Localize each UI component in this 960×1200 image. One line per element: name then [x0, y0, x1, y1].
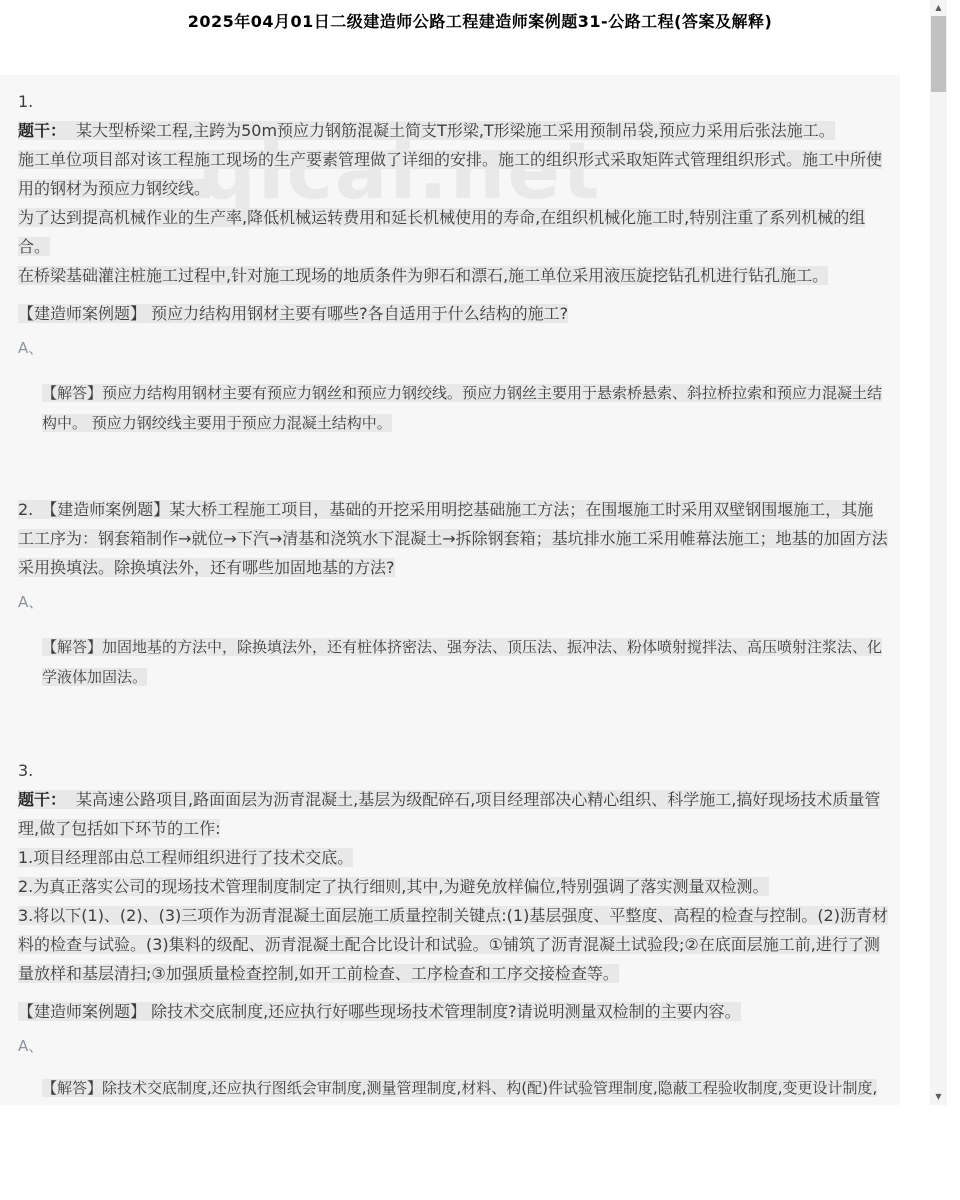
scroll-down-icon: ▼	[935, 1093, 941, 1101]
question-1-paragraph: 在桥梁基础灌注桩施工过程中,针对施工现场的地质条件为卵石和漂石,施工单位采用液压…	[18, 261, 888, 290]
stem-text: 某大型桥梁工程,主跨为50m预应力钢筋混凝土简支T形梁,T形梁施工采用预制吊袋,…	[76, 121, 835, 140]
question-1-option-a: A、	[18, 334, 888, 363]
question-1-answer: 【解答】预应力结构用钢材主要有预应力钢丝和预应力钢绞线。预应力钢丝主要用于悬索桥…	[18, 378, 888, 438]
question-1-number: 1.	[18, 87, 888, 116]
question-1: 1. 题干：某大型桥梁工程,主跨为50m预应力钢筋混凝土简支T形梁,T形梁施工采…	[18, 87, 888, 438]
question-2-option-a: A、	[18, 588, 888, 617]
question-3-option-a: A、	[18, 1032, 888, 1061]
question-1-paragraph: 施工单位项目部对该工程施工现场的生产要素管理做了详细的安排。施工的组织形式采取矩…	[18, 145, 888, 203]
question-3: 3. 题干：某高速公路项目,路面面层为沥青混凝土,基层为级配碎石,项目经理部决心…	[18, 756, 888, 1105]
scrollbar-thumb[interactable]	[931, 16, 946, 92]
question-3-item: 2.为真正落实公司的现场技术管理制度制定了执行细则,其中,为避免放样偏位,特别强…	[18, 872, 888, 901]
stem-text: 某高速公路项目,路面面层为沥青混凝土,基层为级配碎石,项目经理部决心精心组织、科…	[18, 790, 880, 838]
scrollbar-down-button[interactable]: ▼	[930, 1089, 947, 1105]
question-1-paragraph: 为了达到提高机械作业的生产率,降低机械运转费用和延长机械使用的寿命,在组织机械化…	[18, 203, 888, 261]
question-1-stem: 题干：某大型桥梁工程,主跨为50m预应力钢筋混凝土简支T形梁,T形梁施工采用预制…	[18, 116, 888, 145]
question-2-case-question: 【建造师案例题】某大桥工程施工项目，基础的开挖采用明挖基础施工方法；在围堰施工时…	[18, 500, 888, 577]
stem-label: 题干：	[18, 121, 66, 140]
content-panel: qlcai.net 1. 题干：某大型桥梁工程,主跨为50m预应力钢筋混凝土简支…	[0, 75, 900, 1105]
question-2-text: 2.【建造师案例题】某大桥工程施工项目，基础的开挖采用明挖基础施工方法；在围堰施…	[18, 495, 888, 582]
question-3-number: 3.	[18, 756, 888, 785]
question-3-item: 1.项目经理部由总工程师组织进行了技术交底。	[18, 843, 888, 872]
document-body: 1. 题干：某大型桥梁工程,主跨为50m预应力钢筋混凝土简支T形梁,T形梁施工采…	[18, 87, 888, 1105]
question-3-case-question: 【建造师案例题】 除技术交底制度,还应执行好哪些现场技术管理制度?请说明测量双检…	[18, 997, 888, 1026]
question-2: 2.【建造师案例题】某大桥工程施工项目，基础的开挖采用明挖基础施工方法；在围堰施…	[18, 495, 888, 692]
question-1-case-question: 【建造师案例题】 预应力结构用钢材主要有哪些?各自适用于什么结构的施工?	[18, 299, 888, 328]
scroll-up-icon: ▲	[935, 4, 941, 12]
scrollbar-up-button[interactable]: ▲	[930, 0, 947, 16]
scrollbar[interactable]: ▲ ▼	[930, 0, 947, 1105]
question-2-answer: 【解答】加固地基的方法中，除换填法外，还有桩体挤密法、强夯法、顶压法、振冲法、粉…	[18, 632, 888, 692]
stem-label: 题干：	[18, 790, 66, 809]
question-3-answer: 【解答】除技术交底制度,还应执行图纸会审制度,测量管理制度,材料、构(配)件试验…	[18, 1073, 888, 1105]
page-title: 2025年04月01日二级建造师公路工程建造师案例题31-公路工程(答案及解释)	[0, 0, 960, 32]
question-2-number: 2.	[18, 500, 33, 519]
question-3-stem: 题干：某高速公路项目,路面面层为沥青混凝土,基层为级配碎石,项目经理部决心精心组…	[18, 785, 888, 843]
question-3-item: 3.将以下(1)、(2)、(3)三项作为沥青混凝土面层施工质量控制关键点:(1)…	[18, 901, 888, 988]
